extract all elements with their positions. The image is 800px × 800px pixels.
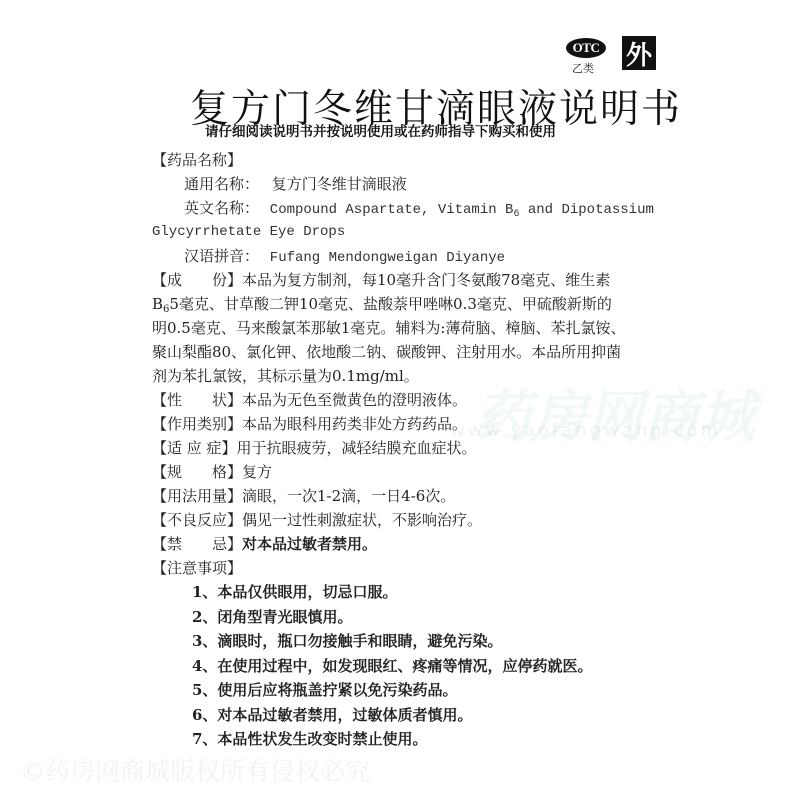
document-subtitle: 请仔细阅读说明书并按说明使用或在药师指导下购买和使用 <box>205 120 556 140</box>
composition-section: 【成 份】本品为复方制剂，每10毫升含门冬氨酸78毫克、维生素 B65毫克、甘草… <box>152 268 652 388</box>
composition-line-3: 明0.5毫克、马来酸氯苯那敏1毫克。辅料为:薄荷脑、樟脑、苯扎氯铵、 <box>152 316 652 340</box>
pinyin-row: 汉语拼音： Fufang Mendongweigan Diyanye <box>152 244 652 268</box>
section-dosage: 【用法用量】滴眼，一次1-2滴，一日4-6次。 <box>152 484 652 508</box>
section-indications: 【适 应 症】用于抗眼疲劳，减轻结膜充血症状。 <box>152 436 652 460</box>
section-contraindications: 【禁 忌】对本品过敏者禁用。 <box>152 532 652 556</box>
precaution-item: 1、本品仅供眼用，切忌口服。 <box>192 580 652 605</box>
drug-name-heading: 【药品名称】 <box>152 148 652 172</box>
generic-name-row: 通用名称： 复方门冬维甘滴眼液 <box>152 172 652 196</box>
otc-badge: OTC <box>566 38 606 58</box>
external-use-badge: 外 <box>622 36 656 70</box>
english-name-continued: Glycyrrhetate Eye Drops <box>152 220 652 244</box>
pinyin-label: 汉语拼音： <box>184 247 259 265</box>
composition-line-4: 聚山梨酯80、氯化钾、依地酸二钠、碳酸钾、注射用水。本品所用抑菌 <box>152 340 652 364</box>
composition-line-5: 剂为苯扎氯铵，其标示量为0.1mg/ml。 <box>152 364 652 388</box>
generic-name-label: 通用名称： <box>184 175 259 193</box>
pinyin-value: Fufang Mendongweigan Diyanye <box>270 250 505 266</box>
english-name-label: 英文名称： <box>184 199 259 217</box>
english-name-value: Compound Aspartate, Vitamin B6 and Dipot… <box>270 202 654 218</box>
precaution-item: 5、使用后应将瓶盖拧紧以免污染药品。 <box>192 678 652 703</box>
precaution-item: 6、对本品过敏者禁用，过敏体质者慎用。 <box>192 703 652 728</box>
precaution-item: 4、在使用过程中，如发现眼红、疼痛等情况，应停药就医。 <box>192 654 652 679</box>
precaution-item: 3、滴眼时，瓶口勿接触手和眼睛，避免污染。 <box>192 629 652 654</box>
precaution-item: 7、本品性状发生改变时禁止使用。 <box>192 727 652 752</box>
section-appearance: 【性 状】本品为无色至微黄色的澄明液体。 <box>152 388 652 412</box>
composition-line-1: 本品为复方制剂，每10毫升含门冬氨酸78毫克、维生素 <box>242 271 610 289</box>
composition-line-2: B65毫克、甘草酸二钾10毫克、盐酸萘甲唑啉0.3毫克、甲硫酸新斯的 <box>152 292 652 316</box>
precaution-item: 2、闭角型青光眼慎用。 <box>192 605 652 630</box>
composition-label: 【成 份】 <box>152 271 242 289</box>
otc-class-label: 乙类 <box>572 60 594 76</box>
precautions-heading: 【注意事项】 <box>152 556 652 580</box>
document-body: 【药品名称】 通用名称： 复方门冬维甘滴眼液 英文名称： Compound As… <box>152 148 652 752</box>
section-specification: 【规 格】复方 <box>152 460 652 484</box>
generic-name-value: 复方门冬维甘滴眼液 <box>272 175 407 193</box>
copyright-watermark: ©药房网商城版权所有侵权必究 <box>20 752 370 788</box>
english-name-row: 英文名称： Compound Aspartate, Vitamin B6 and… <box>152 196 652 220</box>
section-category: 【作用类别】本品为眼科用药类非处方药药品。 <box>152 412 652 436</box>
section-adverse-reactions: 【不良反应】偶见一过性刺激症状，不影响治疗。 <box>152 508 652 532</box>
precautions-list: 1、本品仅供眼用，切忌口服。 2、闭角型青光眼慎用。 3、滴眼时，瓶口勿接触手和… <box>152 580 652 752</box>
